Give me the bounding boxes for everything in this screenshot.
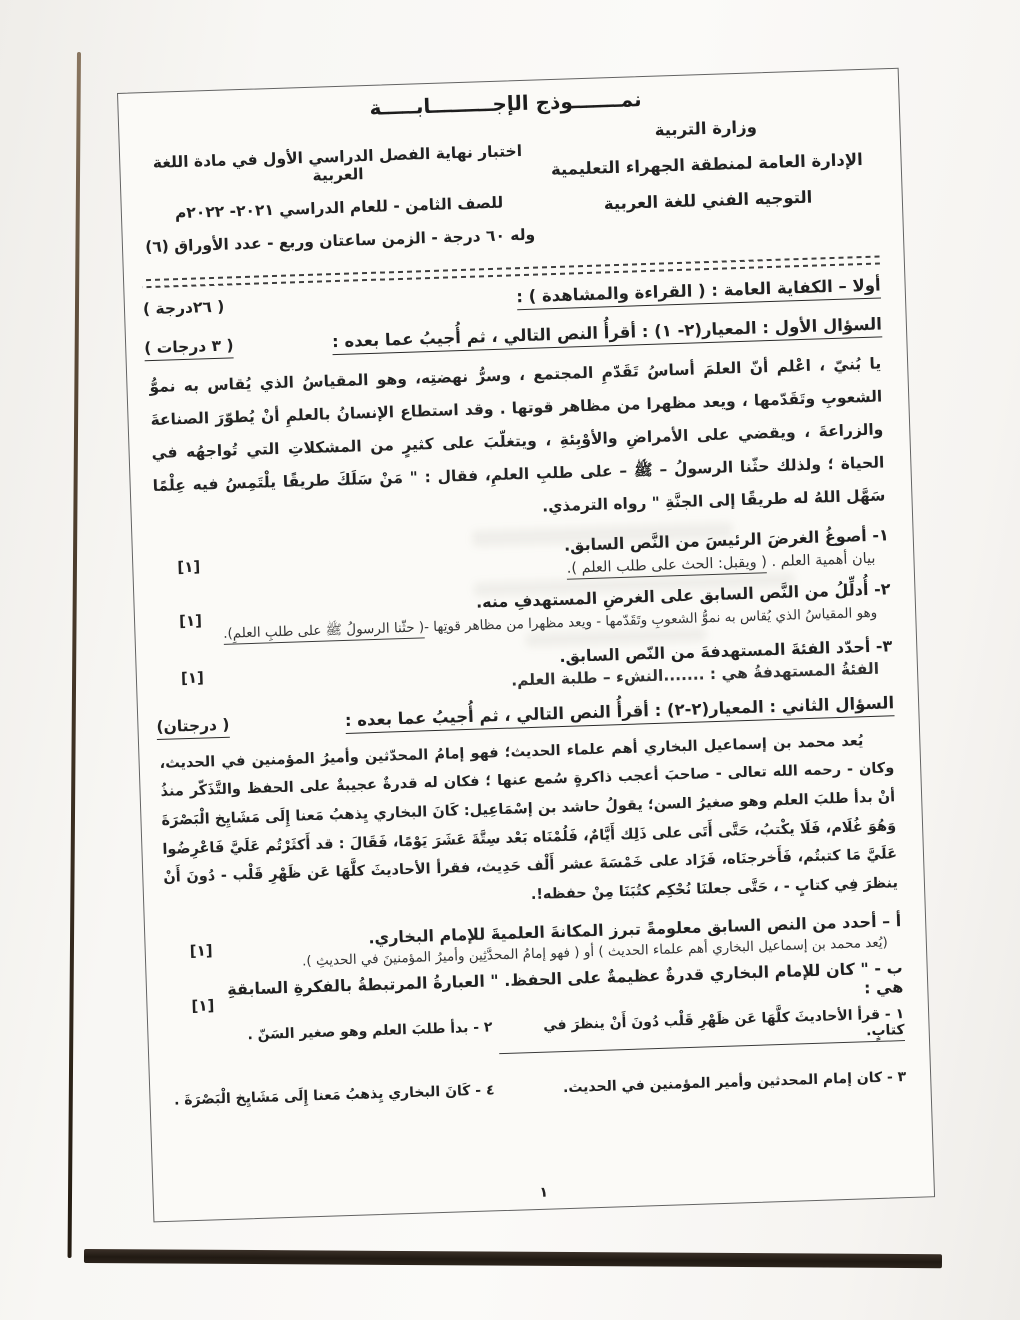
question1-marks: ( ٣ درجات )	[144, 337, 234, 362]
exam-info-line: اختبار نهاية الفصل الدراسي الأول في مادة…	[138, 141, 537, 190]
option-3: ٣ - كان إمام المحدثين وأمير المؤمنين في …	[500, 1069, 906, 1098]
mark-badge: [١]	[165, 996, 214, 1016]
ministry-line: الإدارة العامة لمنطقة الجهراء التعليمية	[537, 150, 877, 180]
mark-badge: [١]	[155, 668, 204, 688]
option-2: ٢ - بدأ طلبَ العلم وهو صغير السَنّ .	[166, 1019, 499, 1065]
answer-1: بيان أهمية العلم . ( ويقبل: الحث على طلب…	[566, 550, 889, 576]
mark-badge: [١]	[163, 941, 212, 961]
mark-badge: [١]	[151, 557, 200, 577]
answer-2-underlined: ( حثّنا الرسولُ ﷺ على طلبِ العلمِ).	[223, 619, 424, 644]
reading-passage-1: يا بُنيّ ، اعْلم أنّ العلمَ أساسُ تَقَدّ…	[149, 348, 886, 536]
reading-passage-2: يُعد محمد بن إسماعيل البخاري أهم علماء ا…	[159, 726, 898, 922]
exam-info-line: للصف الثامن - للعام الدراسي ٢٠٢١- ٢٠٢٢م	[140, 192, 539, 223]
option-4: ٤ - كَانَ البخاري يِذهبُ مَعنا إِلَى مَش…	[168, 1082, 500, 1109]
exam-info-block: اختبار نهاية الفصل الدراسي الأول في مادة…	[137, 124, 540, 271]
ministry-line: وزارة التربية	[536, 114, 876, 144]
mark-badge: [١]	[153, 611, 202, 631]
section2-marks: ( درجتان)	[156, 715, 230, 739]
document-page: نمـــــــوذج الإجـــــــــابـــــة وزارة…	[117, 68, 935, 1223]
section2-heading: السؤال الثاني : المعيار(٢-٢) : أقرأُ الن…	[345, 693, 895, 734]
section1-heading: أولا – الكفاية العامة : ( القراءة والمشا…	[516, 276, 881, 311]
section1-total-marks: ( ٢٦درجة )	[143, 298, 225, 319]
scanned-document-photo: نمـــــــوذج الإجـــــــــابـــــة وزارة…	[0, 0, 1020, 1320]
option-1-correct: ١ - قرأ الأحاديثَ كلَّهَا عَن ظَهْرِ قَل…	[498, 1006, 905, 1054]
ministry-block: وزارة التربية الإدارة العامة لمنطقة الجه…	[536, 114, 880, 259]
scan-bottom-edge	[84, 1249, 942, 1268]
page-number: ١	[154, 1172, 934, 1213]
ministry-line: التوجيه الفني للغة العربية	[538, 186, 878, 216]
page-spine-shadow	[68, 52, 81, 1258]
options-grid: ١ - قرأ الأحاديثَ كلَّهَا عَن ظَهْرِ قَل…	[166, 1006, 906, 1109]
exam-info-line: وله ٦٠ درجة - الزمن ساعتان وربع - عدد ال…	[141, 225, 540, 256]
document-header: وزارة التربية الإدارة العامة لمنطقة الجه…	[137, 114, 879, 272]
